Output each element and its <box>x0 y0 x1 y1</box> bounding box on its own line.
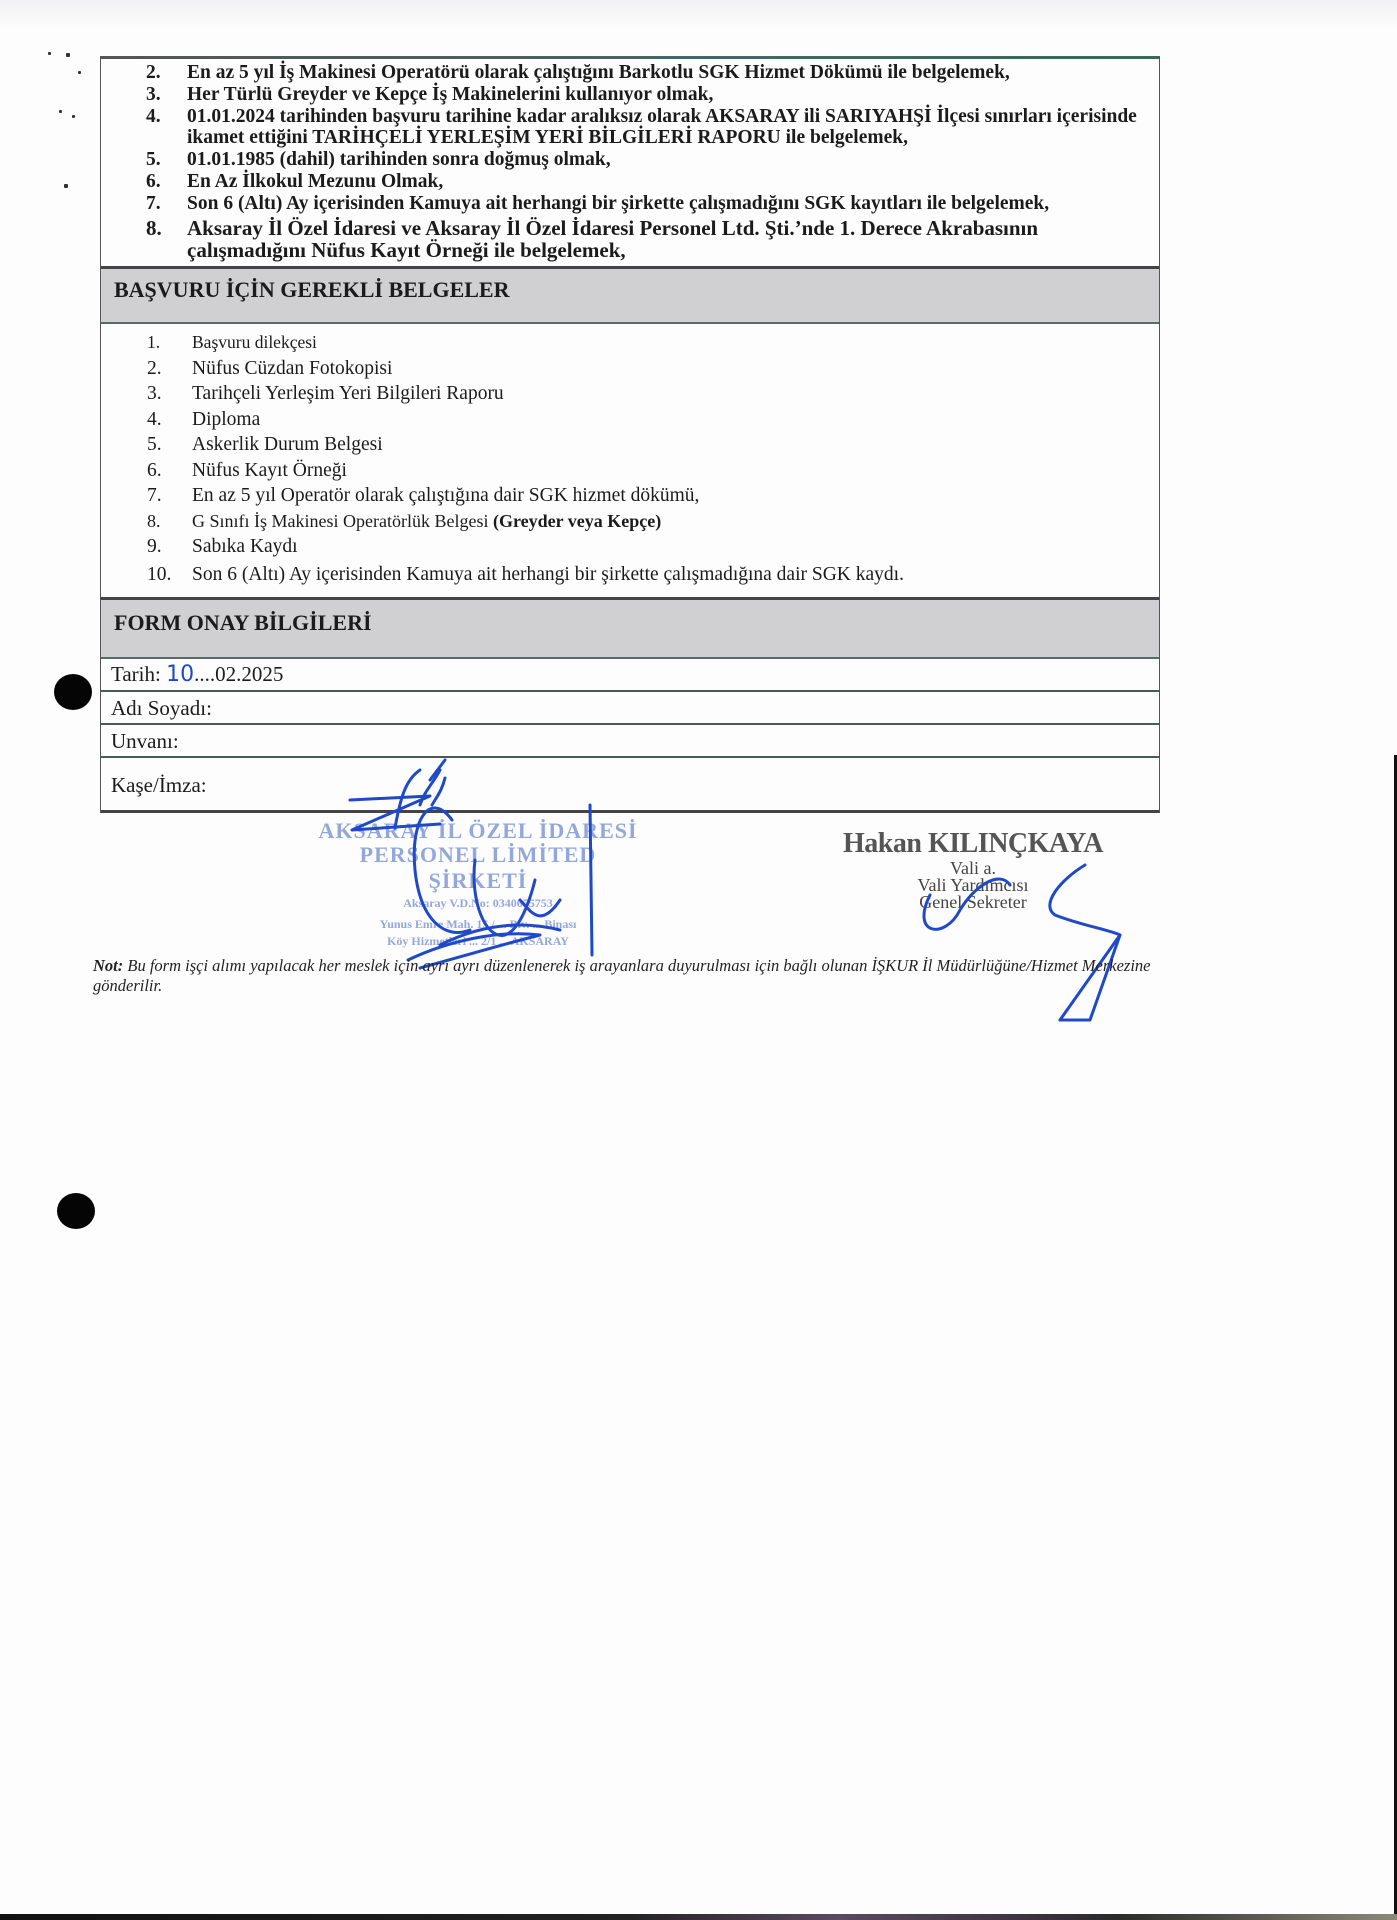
stamp-signature-label: Kaşe/İmza: <box>111 773 207 797</box>
requirement-item: 4.01.01.2024 tarihinden başvuru tarihine… <box>101 106 1159 148</box>
scan-speck <box>59 110 62 113</box>
scan-speck <box>78 71 81 74</box>
document-item: 7.En az 5 yıl Operatör olarak çalıştığın… <box>101 483 1159 509</box>
document-item: 10.Son 6 (Altı) Ay içerisinden Kamuya ai… <box>101 562 1159 588</box>
documents-section-heading: BAŞVURU İÇİN GEREKLİ BELGELER <box>101 266 1159 324</box>
requirement-item: 8.Aksaray İl Özel İdaresi ve Aksaray İl … <box>101 217 1159 261</box>
requirement-item: 6.En Az İlkokul Mezunu Olmak, <box>101 171 1159 192</box>
job-posting-form: 2.En az 5 yıl İş Makinesi Operatörü olar… <box>100 57 1160 813</box>
document-item: 1.Başvuru dilekçesi <box>101 330 1159 356</box>
approval-name-row: Adı Soyadı: <box>101 692 1159 725</box>
scan-top-shade <box>0 0 1397 30</box>
requirement-item: 2.En az 5 yıl İş Makinesi Operatörü olar… <box>101 62 1159 83</box>
punch-hole-upper <box>54 674 92 710</box>
footnote-text: Bu form işçi alımı yapılacak her meslek … <box>93 956 1151 995</box>
document-item: 2.Nüfus Cüzdan Fotokopisi <box>101 356 1159 382</box>
signer-name: Hakan KILINÇKAYA <box>838 828 1108 860</box>
document-item: 9.Sabıka Kaydı <box>101 534 1159 560</box>
scan-speck <box>72 115 75 118</box>
signer-line: Genel Sekreter <box>838 894 1108 911</box>
requirement-item: 3.Her Türlü Greyder ve Kepçe İş Makinele… <box>101 84 1159 105</box>
date-printed: ....02.2025 <box>194 662 283 686</box>
approval-stamp-row: Kaşe/İmza: <box>101 758 1159 813</box>
document-item: 5.Askerlik Durum Belgesi <box>101 432 1159 458</box>
requirement-item: 7.Son 6 (Altı) Ay içerisinden Kamuya ait… <box>101 193 1159 214</box>
scan-speck <box>64 184 68 188</box>
handwritten-day: 10 <box>166 662 194 687</box>
date-label: Tarih: <box>111 662 166 686</box>
approval-section-heading: FORM ONAY BİLGİLERİ <box>101 597 1159 659</box>
documents-list: 1.Başvuru dilekçesi 2.Nüfus Cüzdan Fotok… <box>101 324 1159 597</box>
punch-hole-lower <box>57 1193 95 1229</box>
signer-stamp: Hakan KILINÇKAYA Vali a. Vali Yardımcısı… <box>838 828 1108 911</box>
approval-title-row: Unvanı: <box>101 725 1159 758</box>
scan-bottom-edge <box>0 1914 1397 1920</box>
document-item: 6.Nüfus Kayıt Örneği <box>101 458 1159 484</box>
footnote: Not: Bu form işçi alımı yapılacak her me… <box>93 956 1193 996</box>
company-stamp: AKSARAY İL ÖZEL İDARESİ PERSONEL LİMİTED… <box>318 818 638 949</box>
document-item: 4.Diploma <box>101 407 1159 433</box>
footnote-label: Not: <box>93 956 123 975</box>
requirement-item: 5.01.01.1985 (dahil) tarihinden sonra do… <box>101 149 1159 170</box>
title-label: Unvanı: <box>111 729 179 753</box>
requirements-list: 2.En az 5 yıl İş Makinesi Operatörü olar… <box>101 58 1159 266</box>
name-label: Adı Soyadı: <box>111 696 212 720</box>
approval-date-row: Tarih: 10....02.2025 <box>101 659 1159 692</box>
document-item: 8.G Sınıfı İş Makinesi Operatörlük Belge… <box>101 509 1159 535</box>
scan-speck <box>48 52 51 55</box>
scan-speck <box>66 53 70 57</box>
document-item: 3.Tarihçeli Yerleşim Yeri Bilgileri Rapo… <box>101 381 1159 407</box>
